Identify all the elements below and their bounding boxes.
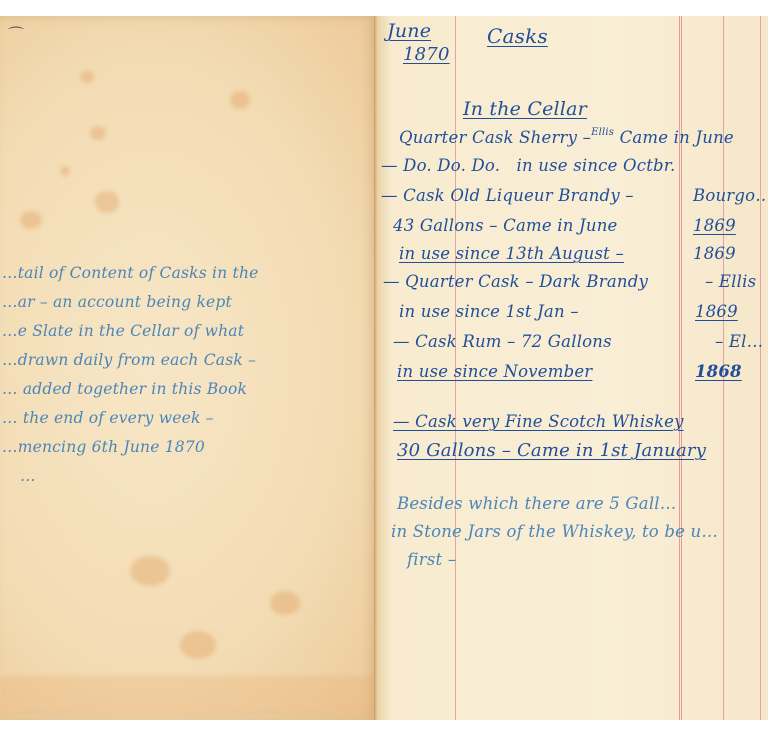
ledger-col-value: 1868 [695, 362, 742, 381]
ledger-entry: 30 Gallons – Came in 1st January [397, 440, 706, 461]
column-rule [679, 16, 682, 720]
foxing-stain [90, 126, 106, 140]
ledger-entry: Quarter Cask Sherry –Ellis Came in June [399, 128, 734, 147]
ledger-entry: — Cask Old Liqueur Brandy – [381, 186, 634, 205]
footnote-line: first – [407, 550, 456, 569]
left-page: ⌒ …tail of Content of Casks in the …ar –… [0, 16, 377, 720]
ledger-col-value: 1869 [693, 216, 736, 235]
footnote-line: in Stone Jars of the Whiskey, to be u… [391, 522, 718, 541]
foxing-stain [180, 631, 216, 659]
section-subheading: In the Cellar [463, 98, 587, 120]
ledger-entry: in use since 1st Jan – [399, 302, 579, 321]
date-month: June [387, 20, 431, 42]
foxing-stain [130, 556, 170, 586]
page-heading: Casks [487, 24, 548, 48]
right-page: June 1870 Casks In the Cellar Quarter Ca… [377, 16, 768, 720]
ledger-entry: — Cask Rum – 72 Gallons [393, 332, 612, 351]
bottom-edge-stain [0, 676, 377, 716]
ledger-entry: — Do. Do. Do. in use since Octbr. [381, 156, 676, 175]
ledger-entry: in use since 13th August – [399, 244, 624, 263]
corner-pencil-mark: ⌒ [8, 22, 24, 45]
ledger-entry: — Cask very Fine Scotch Whiskey [393, 412, 684, 431]
left-text-line: …mencing 6th June 1870 [2, 433, 205, 462]
footnote-line: Besides which there are 5 Gall… [397, 494, 676, 513]
left-text-line: … added together in this Book [2, 375, 247, 404]
ledger-col-value: Bourgo… [693, 186, 768, 205]
foxing-stain [80, 71, 94, 83]
foxing-stain [270, 591, 300, 615]
foxing-stain [230, 91, 250, 109]
left-text-line: …drawn daily from each Cask – [2, 346, 256, 375]
ledger-entry: in use since November [397, 362, 592, 381]
left-text-line: …e Slate in the Cellar of what [2, 317, 244, 346]
left-text-line: …ar – an account being kept [2, 288, 232, 317]
ledger-col-value: 1869 [693, 244, 736, 263]
foxing-stain [60, 166, 70, 176]
ledger-entry: 43 Gallons – Came in June [393, 216, 617, 235]
left-text-line: …tail of Content of Casks in the [2, 259, 259, 288]
foxing-stain [95, 191, 119, 213]
ledger-col-value: 1869 [695, 302, 738, 321]
ledger-col-value: – El… [715, 332, 763, 351]
foxing-stain [20, 211, 42, 229]
column-rule [760, 16, 761, 720]
ledger-entry: — Quarter Cask – Dark Brandy [383, 272, 648, 291]
left-text-line: … [20, 462, 36, 491]
ledger-col-value: – Ellis [705, 272, 756, 291]
left-text-line: … the end of every week – [2, 404, 214, 433]
date-year: 1870 [403, 44, 450, 65]
